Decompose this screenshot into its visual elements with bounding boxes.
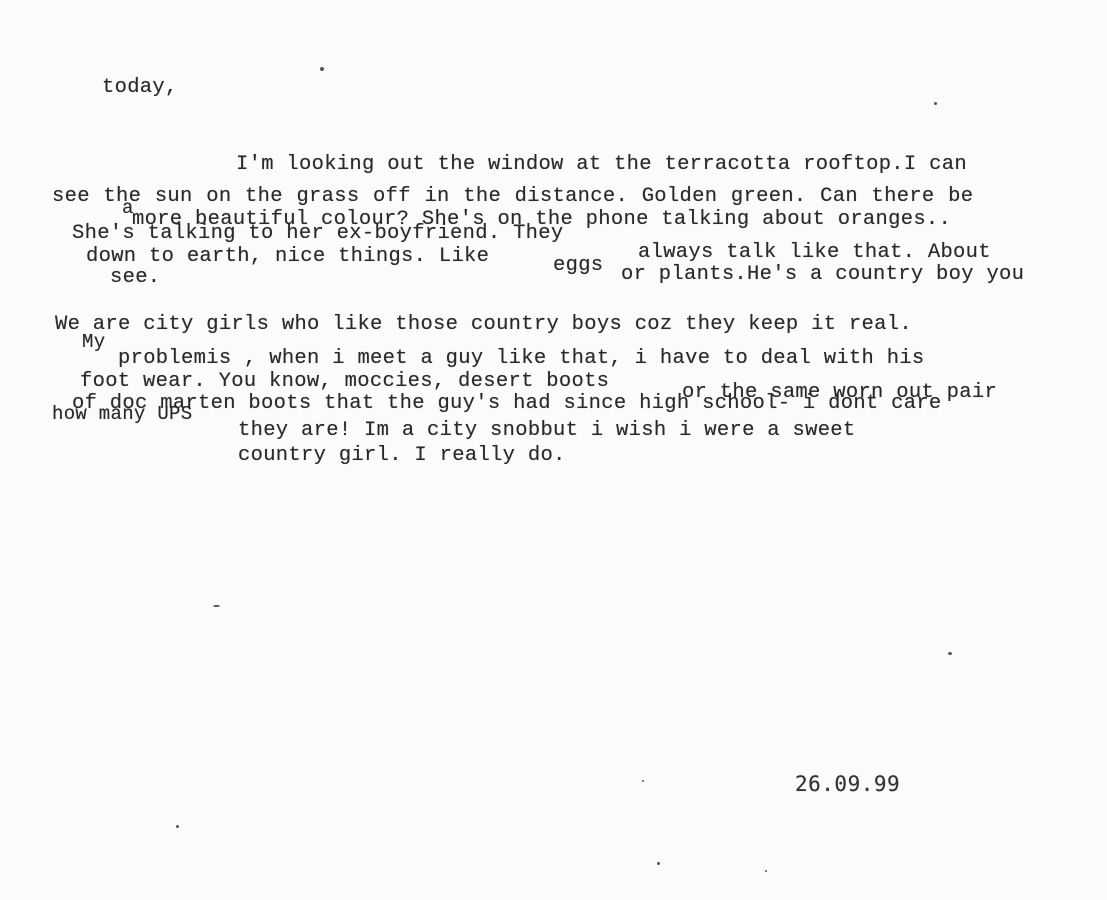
text-line: of doc marten boots that the guy's had s… (72, 394, 942, 415)
text-line: We are city girls who like those country… (55, 315, 912, 336)
text-line: or plants.He's a country boy you (621, 265, 1024, 286)
ink-speck (934, 102, 937, 105)
ink-speck (657, 862, 660, 865)
text-line: down to earth, nice things. Like (86, 247, 489, 268)
text-line: country girl. I really do. (238, 446, 566, 467)
text-line: I'm looking out the window at the terrac… (236, 155, 967, 176)
text-line: eggs (553, 256, 603, 277)
ink-speck (948, 652, 952, 655)
ink-speck (765, 870, 767, 872)
text-line: foot wear. You know, moccies, desert boo… (80, 372, 609, 393)
ink-speck (213, 605, 220, 607)
text-line: problemis , when i meet a guy like that,… (118, 349, 925, 370)
typewritten-page: today, I'm looking out the window at the… (0, 0, 1107, 900)
text-line: they are! Im a city snobbut i wish i wer… (238, 421, 856, 442)
ink-speck (176, 825, 179, 828)
text-line: She's talking to her ex-boyfriend. They (72, 224, 563, 245)
salutation: today, (102, 78, 178, 99)
ink-speck (642, 780, 644, 782)
ink-speck (320, 67, 324, 71)
text-line: My (82, 333, 105, 352)
text-line: see the sun on the grass off in the dist… (52, 187, 973, 208)
text-line: always talk like that. About (638, 243, 991, 264)
text-line: how many UPS (52, 405, 192, 424)
date: 26.09.99 (795, 774, 900, 795)
text-line: see. (110, 268, 160, 289)
